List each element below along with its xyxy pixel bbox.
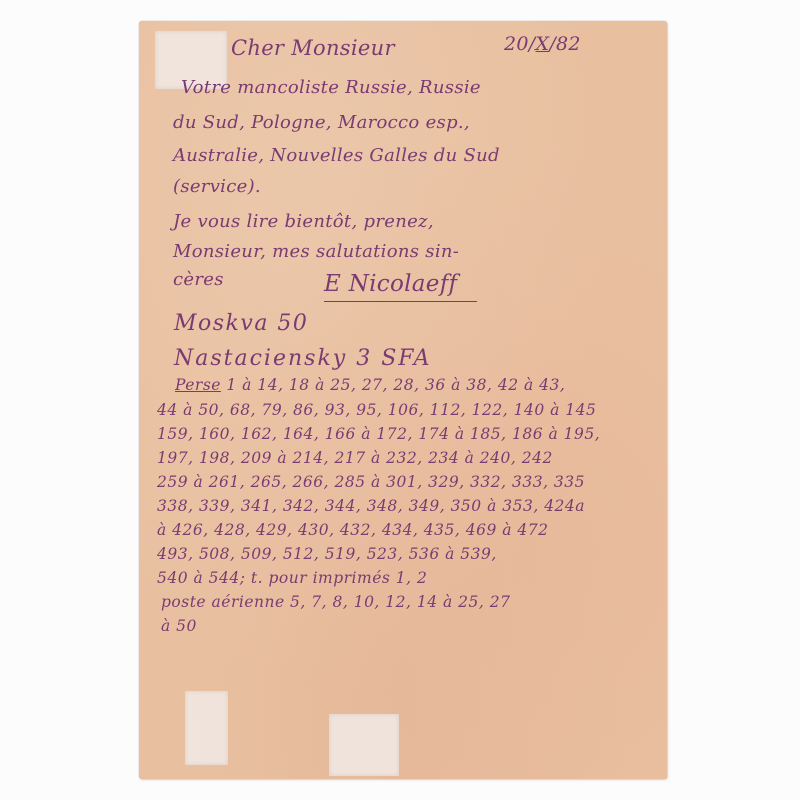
body-line: Australie, Nouvelles Galles du Sud	[173, 145, 500, 166]
tape-piece-bottom-middle	[329, 714, 399, 776]
address-line-2: Nastaciensky 3 SFA	[174, 346, 432, 371]
postcard: Cher Monsieur 20/X/82 Votre mancoliste R…	[139, 21, 667, 779]
body-line: Je vous lire bientôt, prenez,	[173, 211, 434, 232]
stamp-list-line: 493, 508, 509, 512, 519, 523, 536 à 539,	[157, 545, 497, 563]
stamp-list-line: 159, 160, 162, 164, 166 à 172, 174 à 185…	[157, 425, 600, 443]
stamp-list-line: à 426, 428, 429, 430, 432, 434, 435, 469…	[157, 521, 549, 539]
body-line: Monsieur, mes salutations sin-	[173, 241, 459, 262]
stamp-list-line: à 50	[161, 617, 197, 635]
body-line: Votre mancoliste Russie, Russie	[181, 77, 481, 98]
stamp-list-line: 338, 339, 341, 342, 344, 348, 349, 350 à…	[157, 497, 585, 515]
body-line: cères	[173, 269, 224, 290]
address-line-1: Moskva 50	[174, 311, 308, 336]
greeting: Cher Monsieur	[231, 36, 395, 60]
body-line: (service).	[173, 176, 261, 197]
stamp-list-line: Perse 1 à 14, 18 à 25, 27, 28, 36 à 38, …	[175, 376, 565, 394]
stamp-list-line: 44 à 50, 68, 79, 86, 93, 95, 106, 112, 1…	[157, 401, 596, 419]
photo-backdrop: Cher Monsieur 20/X/82 Votre mancoliste R…	[0, 0, 800, 800]
date: 20/X/82	[504, 33, 581, 55]
date-month: X	[535, 33, 549, 55]
stamp-list-line: 197, 198, 209 à 214, 217 à 232, 234 à 24…	[157, 449, 553, 467]
body-line: du Sud, Pologne, Marocco esp.,	[173, 112, 470, 133]
date-separator: /	[549, 33, 556, 55]
signature: E Nicolaeff	[324, 271, 477, 302]
stamp-list-line: 540 à 544; t. pour imprimés 1, 2	[157, 569, 427, 587]
date-year: 82	[556, 33, 581, 55]
date-day: 20	[504, 33, 529, 55]
tape-piece-bottom-left	[185, 691, 228, 765]
stamp-list-line: poste aérienne 5, 7, 8, 10, 12, 14 à 25,…	[161, 593, 510, 611]
stamp-list-line: 259 à 261, 265, 266, 285 à 301, 329, 332…	[157, 473, 585, 491]
stamp-list-text: 1 à 14, 18 à 25, 27, 28, 36 à 38, 42 à 4…	[226, 376, 565, 394]
stamp-list-label: Perse	[175, 376, 221, 394]
